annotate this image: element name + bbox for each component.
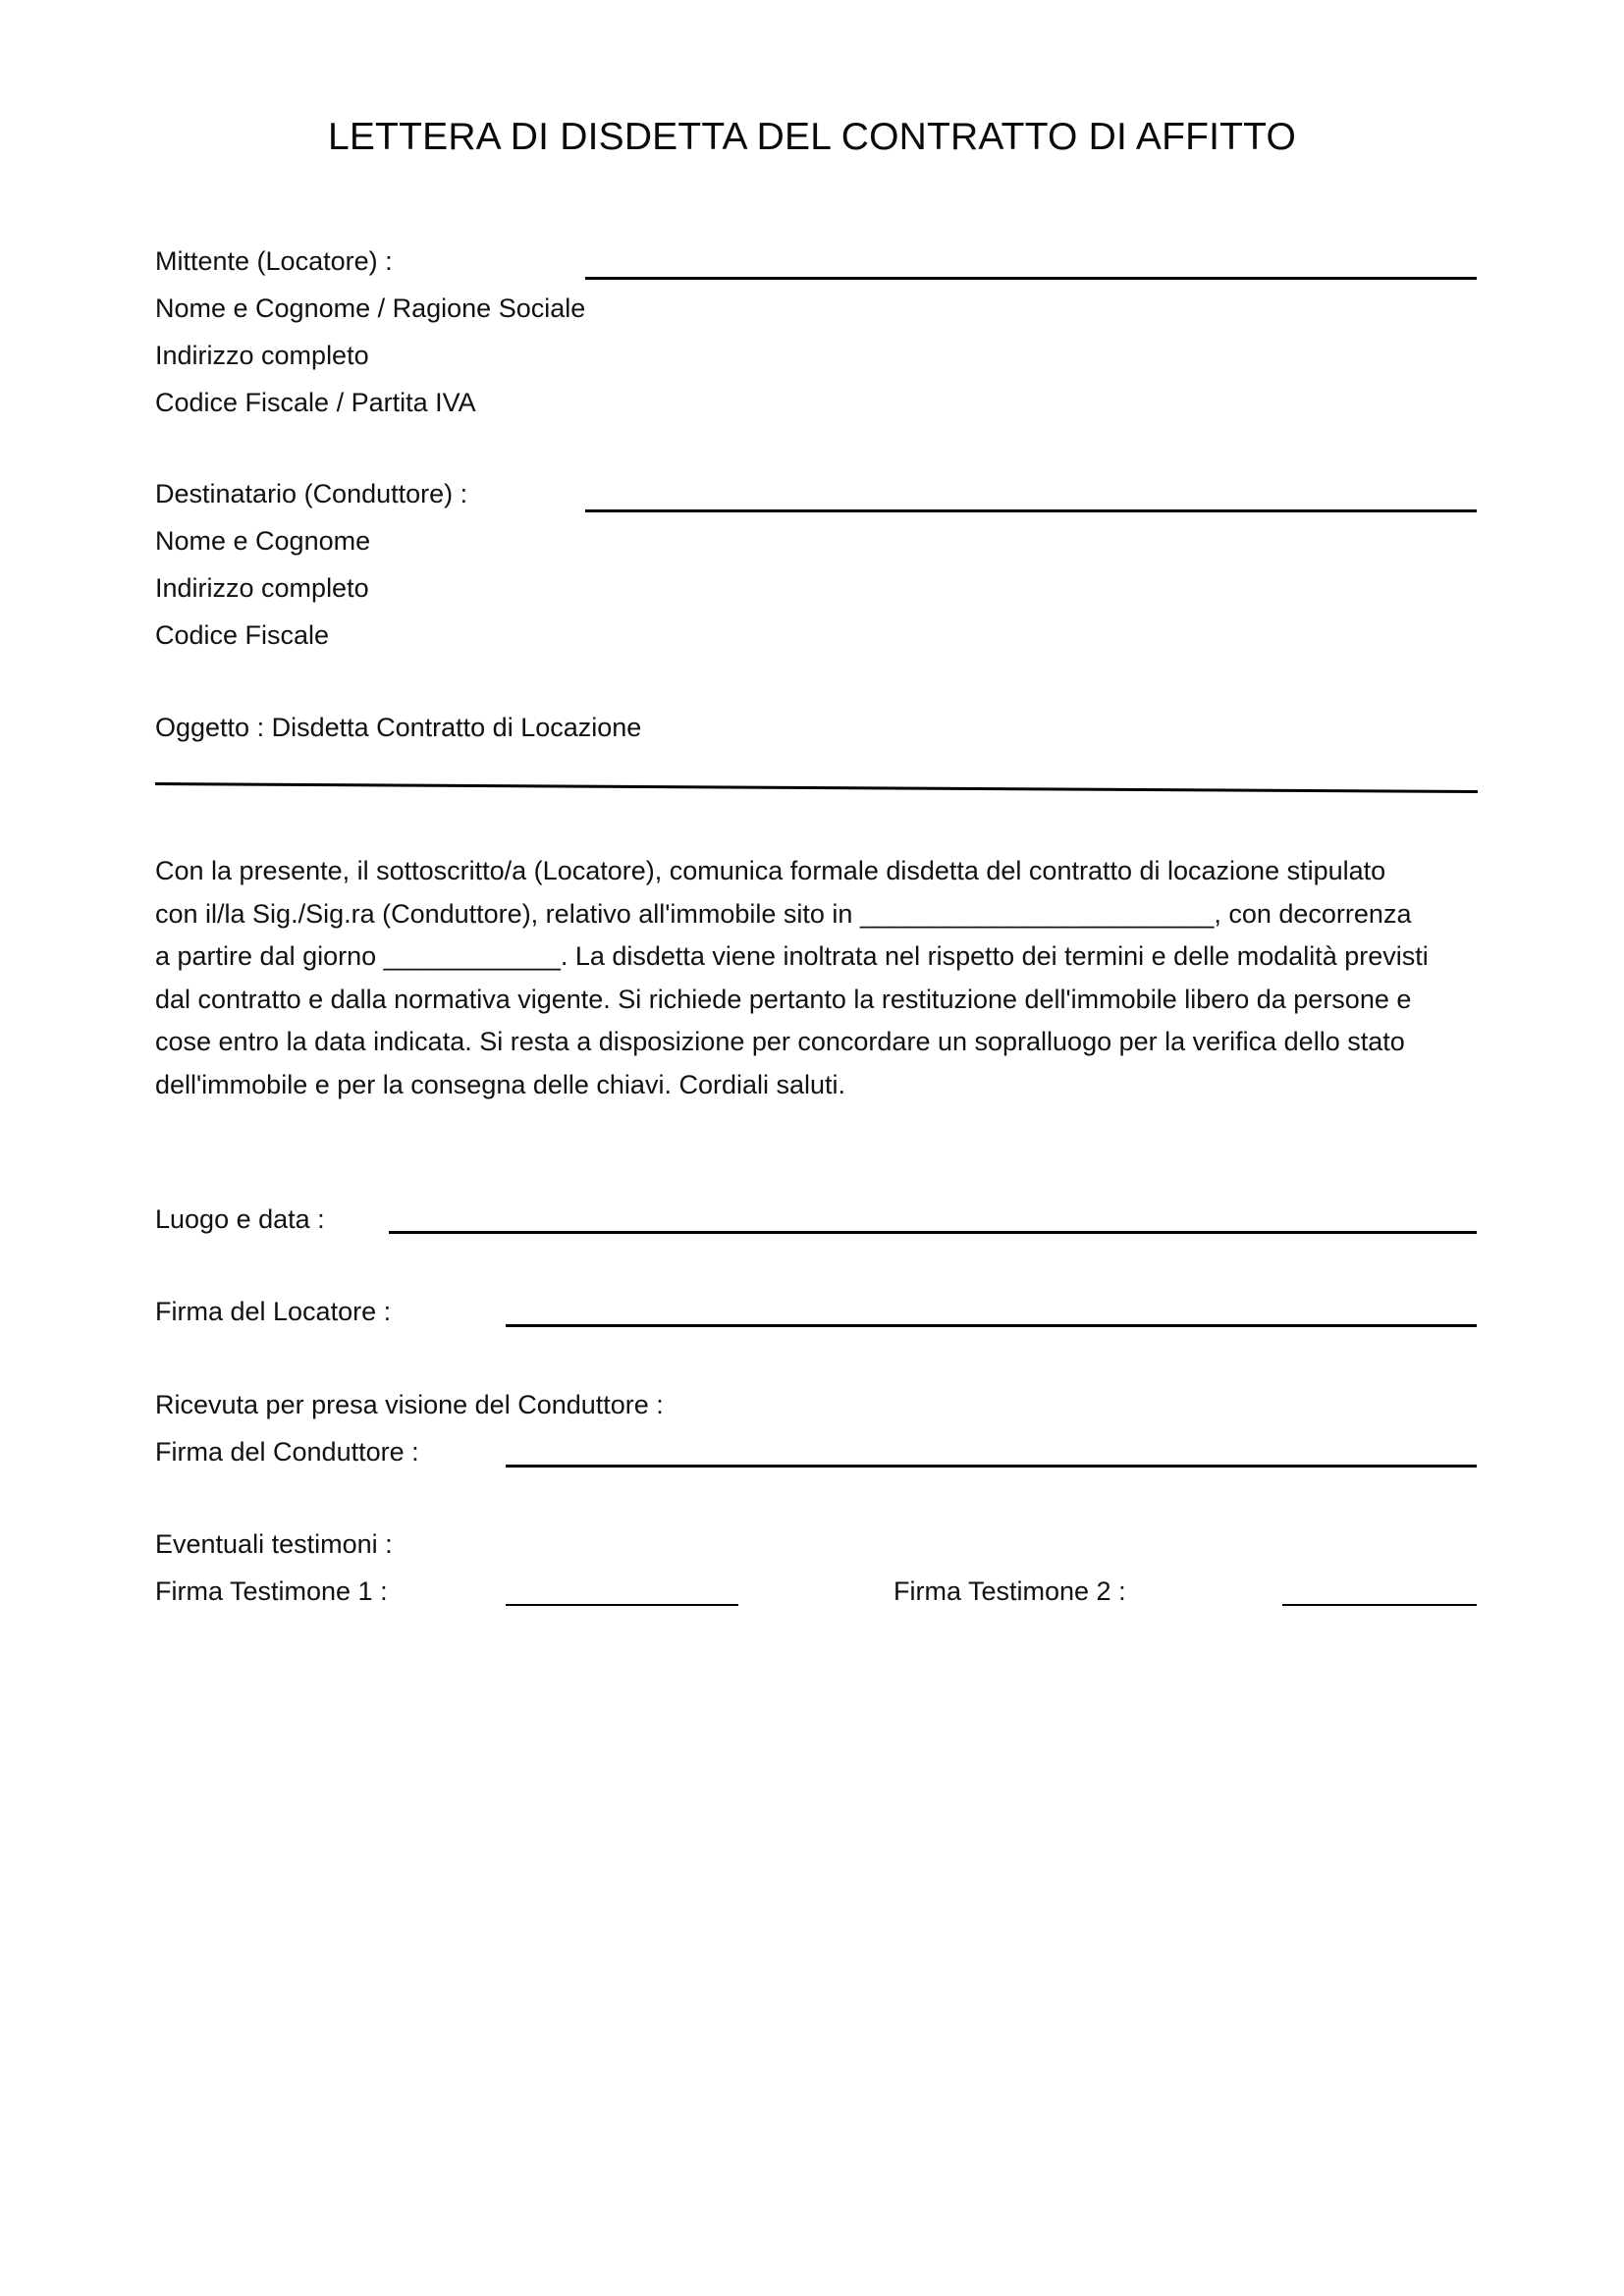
witness2-signature-line[interactable] (1282, 1604, 1477, 1606)
witness2-signature-label: Firma Testimone 2 : (893, 1575, 1126, 1607)
recipient-heading: Destinatario (Conduttore) : (155, 478, 467, 509)
tenant-signature-line[interactable] (506, 1465, 1477, 1468)
recipient-fill-line[interactable] (585, 509, 1477, 512)
recipient-taxcode-label: Codice Fiscale (155, 619, 329, 651)
witness1-signature-label: Firma Testimone 1 : (155, 1575, 388, 1607)
tenant-signature-label: Firma del Conduttore : (155, 1436, 419, 1468)
landlord-signature-label: Firma del Locatore : (155, 1296, 391, 1327)
recipient-address-label: Indirizzo completo (155, 572, 369, 604)
subject-line: Oggetto : Disdetta Contratto di Locazion… (155, 712, 641, 743)
subject-divider (155, 782, 1478, 793)
body-line: dell'immobile e per la consegna delle ch… (155, 1064, 1481, 1107)
sender-heading: Mittente (Locatore) : (155, 245, 393, 277)
recipient-name-label: Nome e Cognome (155, 525, 370, 557)
witnesses-heading: Eventuali testimoni : (155, 1528, 393, 1560)
body-line: cose entro la data indicata. Si resta a … (155, 1021, 1481, 1064)
body-line: con il/la Sig./Sig.ra (Conduttore), rela… (155, 893, 1481, 936)
place-date-label: Luogo e data : (155, 1203, 325, 1235)
sender-name-label: Nome e Cognome / Ragione Sociale (155, 293, 585, 324)
place-date-line[interactable] (389, 1231, 1477, 1234)
sender-taxcode-label: Codice Fiscale / Partita IVA (155, 387, 476, 418)
sender-address-label: Indirizzo completo (155, 340, 369, 371)
document-title: LETTERA DI DISDETTA DEL CONTRATTO DI AFF… (0, 116, 1624, 159)
receipt-label: Ricevuta per presa visione del Conduttor… (155, 1389, 664, 1420)
landlord-signature-line[interactable] (506, 1324, 1477, 1327)
letter-body: Con la presente, il sottoscritto/a (Loca… (155, 850, 1481, 1107)
body-line: dal contratto e dalla normativa vigente.… (155, 979, 1481, 1022)
body-line: Con la presente, il sottoscritto/a (Loca… (155, 850, 1481, 893)
body-line: a partire dal giorno ____________. La di… (155, 935, 1481, 979)
witness1-signature-line[interactable] (506, 1604, 738, 1606)
sender-fill-line[interactable] (585, 277, 1477, 280)
